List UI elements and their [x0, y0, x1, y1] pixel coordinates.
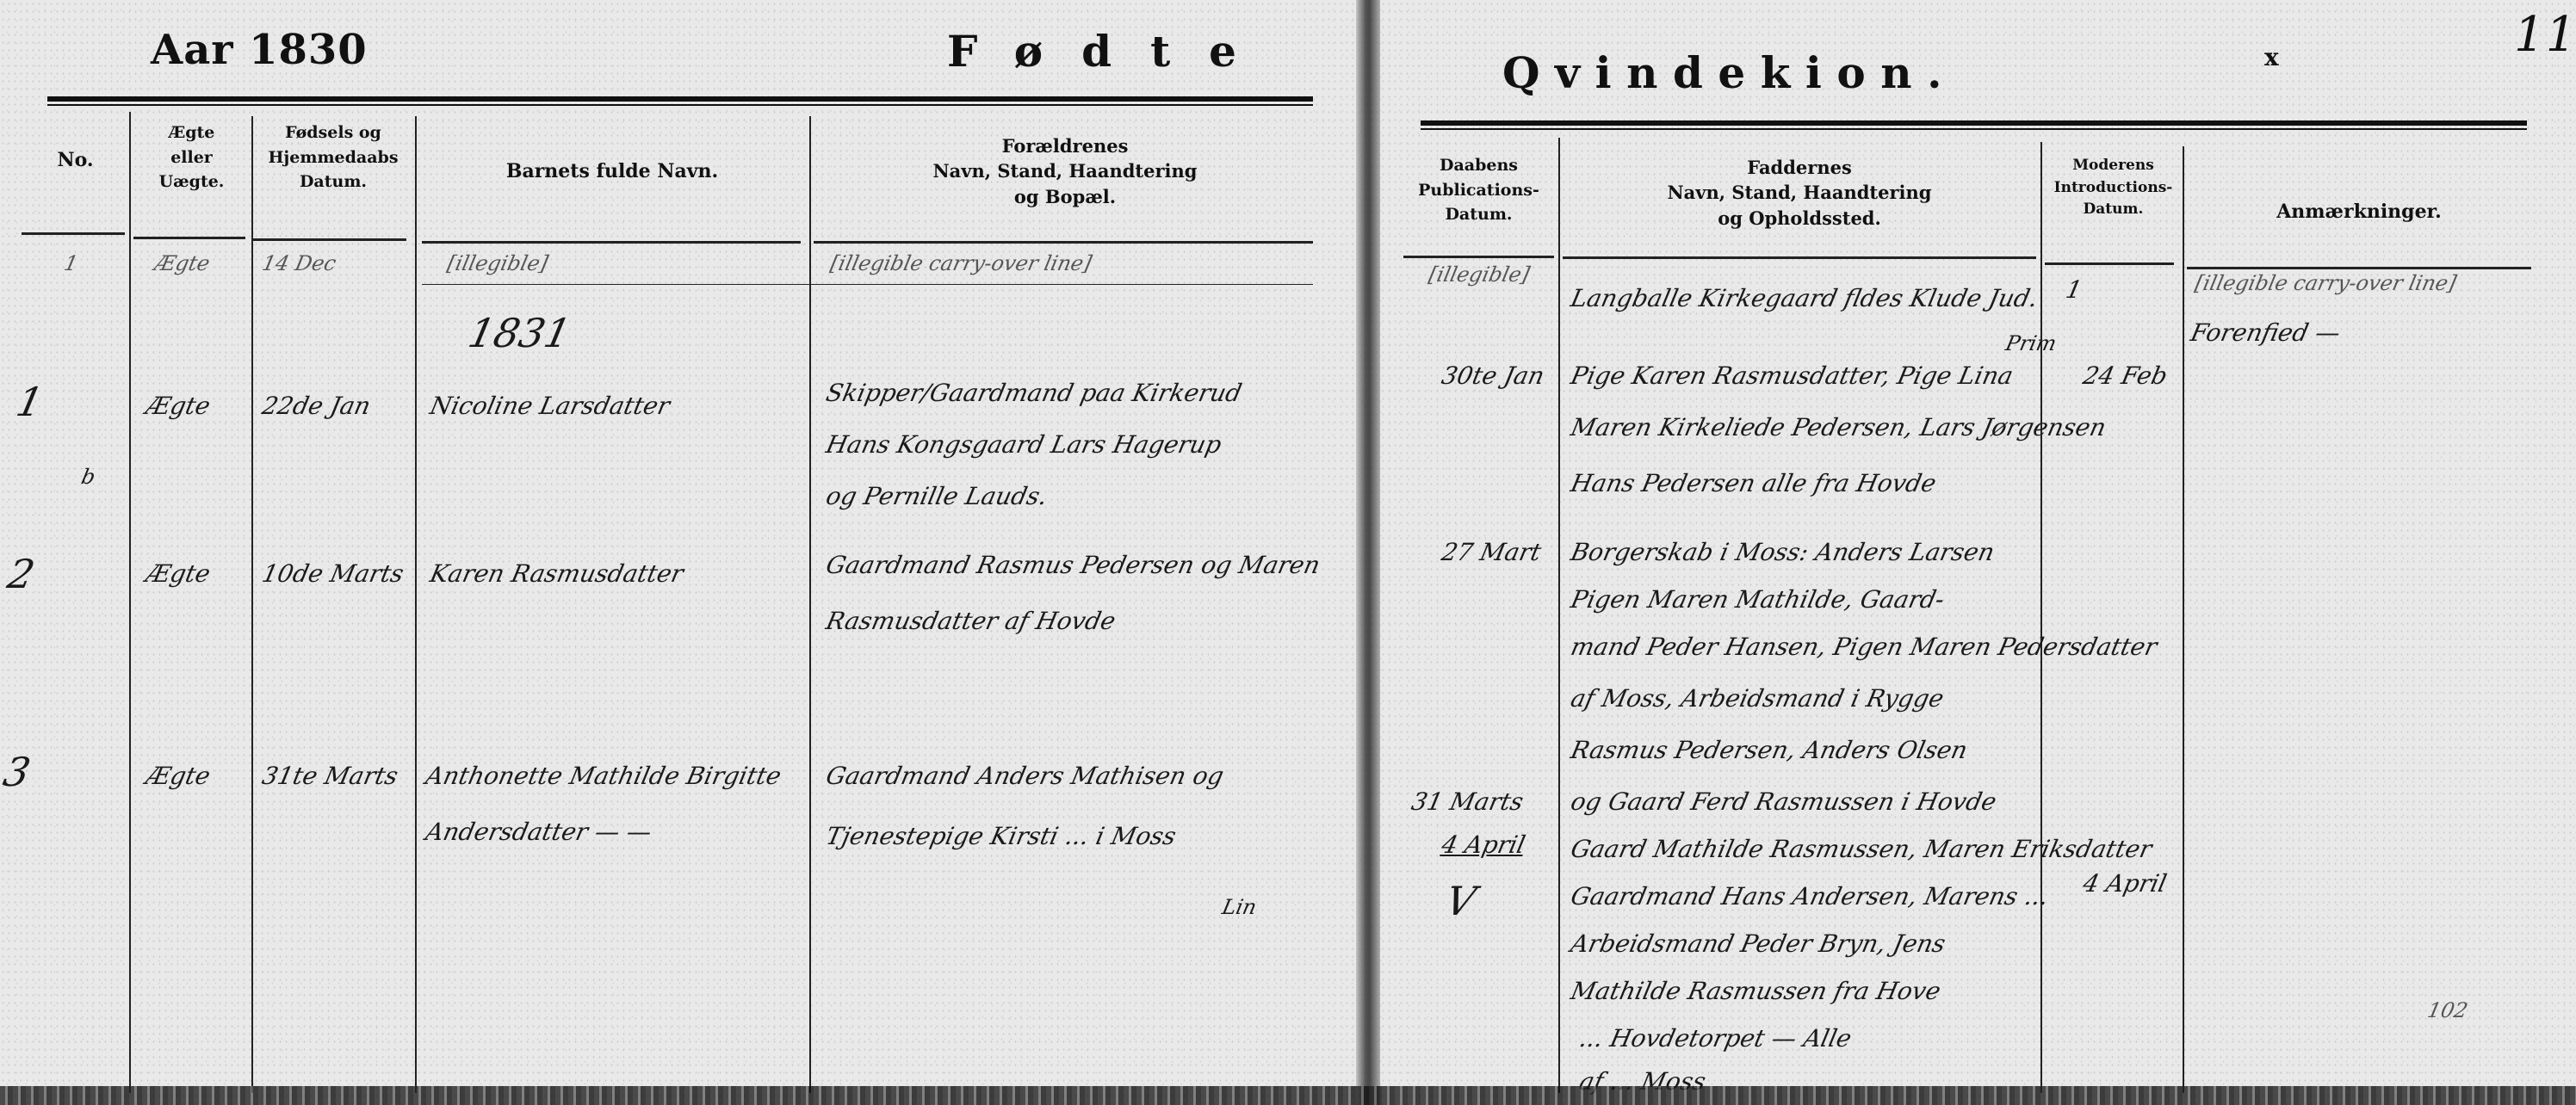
- entry-d-sponsors-line-1: og Gaard Ferd Rasmussen i Hovde: [1568, 787, 1998, 816]
- page-bottom-edge: [0, 1086, 2576, 1105]
- carryover-parents: [illegible carry-over line]: [828, 251, 1094, 275]
- column-divider: [2183, 146, 2184, 1093]
- entry-2-legit: Ægte: [143, 559, 213, 588]
- entry-d-sponsors-line-5: Mathilde Rasmussen fra Hove: [1568, 977, 1943, 1005]
- header-child-name: Barnets fulde Navn.: [417, 157, 808, 186]
- entry-3-no: 3: [0, 749, 34, 795]
- entry-d-baptism-date: 31 Marts: [1409, 787, 1526, 816]
- entry-2-child-name: Karen Rasmusdatter: [427, 559, 685, 588]
- entry-d-baptism-date-2: 4 April: [1439, 830, 1527, 859]
- header-rule-top: [1421, 120, 2527, 130]
- entry-c-sponsors-line-4: af Moss, Arbeidsmand i Rygge: [1568, 684, 1946, 713]
- entry-c-sponsors-line-5: Rasmus Pedersen, Anders Olsen: [1568, 736, 1970, 764]
- header-mother-intro-date: Moderens Introductions- Datum.: [2042, 155, 2184, 221]
- entry-2-birth-date: 10de Marts: [259, 559, 406, 588]
- entry-2-parents-line-1: Gaardmand Rasmus Pedersen og Maren: [823, 551, 1322, 579]
- entry-3-side-mark: Lin: [1220, 895, 1259, 919]
- entry-a-sponsors-line-1: Langballe Kirkegaard fldes Klude Jud.: [1568, 284, 2040, 312]
- header-rule: [133, 237, 245, 239]
- row-rule: [422, 284, 1313, 285]
- column-divider: [251, 116, 253, 1093]
- entry-3-child-name-line-2: Andersdatter — —: [423, 818, 653, 846]
- column-divider: [1558, 138, 1560, 1093]
- left-page-births: Aar 1830 Fødte No. Ægte eller Uægte. Fød…: [0, 0, 1369, 1105]
- entry-2-parents-line-2: Rasmusdatter af Hovde: [823, 607, 1118, 635]
- entry-3-child-name-line-1: Anthonette Mathilde Birgitte: [423, 762, 783, 790]
- header-rule: [1403, 256, 1554, 258]
- entry-c-baptism-date: 27 Mart: [1439, 538, 1544, 566]
- entry-2-no: 2: [3, 551, 39, 597]
- header-rule: [422, 241, 801, 244]
- header-rule: [22, 232, 125, 235]
- entry-a-remarks: Forenfied —: [2188, 318, 2343, 347]
- header-rule: [251, 238, 406, 241]
- entry-b-baptism-date: 30te Jan: [1439, 361, 1546, 390]
- book-gutter: [1356, 0, 1380, 1105]
- entry-3-parents-line-1: Gaardmand Anders Mathisen og: [823, 762, 1226, 790]
- carryover-legit: Ægte: [152, 251, 212, 275]
- column-divider: [2040, 142, 2042, 1093]
- entry-c-sponsors-line-3: mand Peder Hansen, Pigen Maren Pedersdat…: [1568, 633, 2159, 661]
- entry-d-sponsors-line-6: ... Hovdetorpet — Alle: [1576, 1024, 1854, 1053]
- header-sponsors: Faddernes Navn, Stand, Haandtering og Op…: [1563, 155, 2036, 231]
- entry-3-parents-line-2: Tjenestepige Kirsti ... i Moss: [823, 822, 1178, 850]
- entry-3-legit: Ægte: [143, 762, 213, 790]
- entry-b-sponsors-line-1: Pige Karen Rasmusdatter, Pige Lina: [1568, 361, 2016, 390]
- header-baptism-date: Daabens Publications- Datum.: [1399, 153, 1558, 227]
- header-rule: [1563, 256, 2036, 259]
- header-rule: [814, 241, 1313, 244]
- entry-d-sponsors-line-2: Gaard Mathilde Rasmussen, Maren Eriksdat…: [1568, 835, 2154, 863]
- entry-a-side-note: Prim: [2003, 331, 2059, 355]
- folio-number: 111: [2514, 7, 2576, 63]
- header-rule: [2045, 262, 2174, 265]
- entry-d-intro-date: 4 April: [2080, 869, 2169, 898]
- entry-b-sponsors-line-2: Maren Kirkeliede Pedersen, Lars Jørgense…: [1568, 413, 2108, 441]
- entry-a-intro-date: 1: [2063, 275, 2084, 304]
- header-legitimacy: Ægte eller Uægte.: [133, 120, 250, 194]
- entry-1-parents-line-3: og Pernille Lauds.: [823, 482, 1050, 510]
- entry-1-side-mark: b: [79, 465, 97, 489]
- entry-1-parents-line-2: Hans Kongsgaard Lars Hagerup: [823, 430, 1223, 459]
- header-birth-date: Fødsels og Hjemmedaabs Datum.: [253, 120, 413, 194]
- header-no: No.: [26, 146, 125, 175]
- column-divider: [809, 116, 811, 1093]
- entry-d-side-mark: V: [1441, 878, 1480, 924]
- entry-1-no: 1: [12, 379, 47, 425]
- carryover-baptism-date: [illegible]: [1427, 262, 1532, 287]
- entry-1-child-name: Nicoline Larsdatter: [427, 392, 672, 420]
- header-rule-top: [47, 96, 1313, 106]
- entry-b-intro-date: 24 Feb: [2080, 361, 2170, 390]
- header-rule: [2187, 267, 2531, 269]
- header-parents: Forældrenes Navn, Stand, Haandtering og …: [811, 133, 1319, 209]
- entry-d-sponsors-line-4: Arbeidsmand Peder Bryn, Jens: [1568, 929, 1947, 958]
- entry-d-sponsors-line-3: Gaardmand Hans Andersen, Marens ...: [1568, 882, 2051, 911]
- entry-1-parents-line-1: Skipper/Gaardmand paa Kirkerud: [823, 379, 1244, 407]
- section-title-births: Fødte: [947, 26, 1275, 77]
- entry-1-birth-date: 22de Jan: [259, 392, 373, 420]
- year-marker: 1831: [464, 310, 575, 356]
- header-remarks: Anmærkninger.: [2187, 198, 2531, 226]
- entry-3-birth-date: 31te Marts: [259, 762, 400, 790]
- section-title-churching: Qvindekion.: [1502, 47, 1957, 98]
- column-divider: [129, 112, 131, 1093]
- carryover-remarks: [illegible carry-over line]: [2193, 271, 2459, 295]
- year-title: Aar 1830: [151, 26, 368, 74]
- corner-mark: x: [2264, 43, 2279, 71]
- carryover-date: 14 Dec: [260, 251, 338, 275]
- page-footer-mark: 102: [2425, 998, 2470, 1022]
- entry-b-sponsors-line-3: Hans Pedersen alle fra Hovde: [1568, 469, 1938, 497]
- column-divider: [415, 116, 417, 1093]
- entry-c-sponsors-line-2: Pigen Maren Mathilde, Gaard-: [1568, 585, 1947, 614]
- entry-1-legit: Ægte: [143, 392, 213, 420]
- entry-c-sponsors-line-1: Borgerskab i Moss: Anders Larsen: [1568, 538, 1997, 566]
- carryover-no: 1: [62, 251, 80, 275]
- carryover-name: [illegible]: [445, 251, 550, 275]
- right-page-churching: Qvindekion. x 111 Daabens Publications- …: [1378, 0, 2576, 1105]
